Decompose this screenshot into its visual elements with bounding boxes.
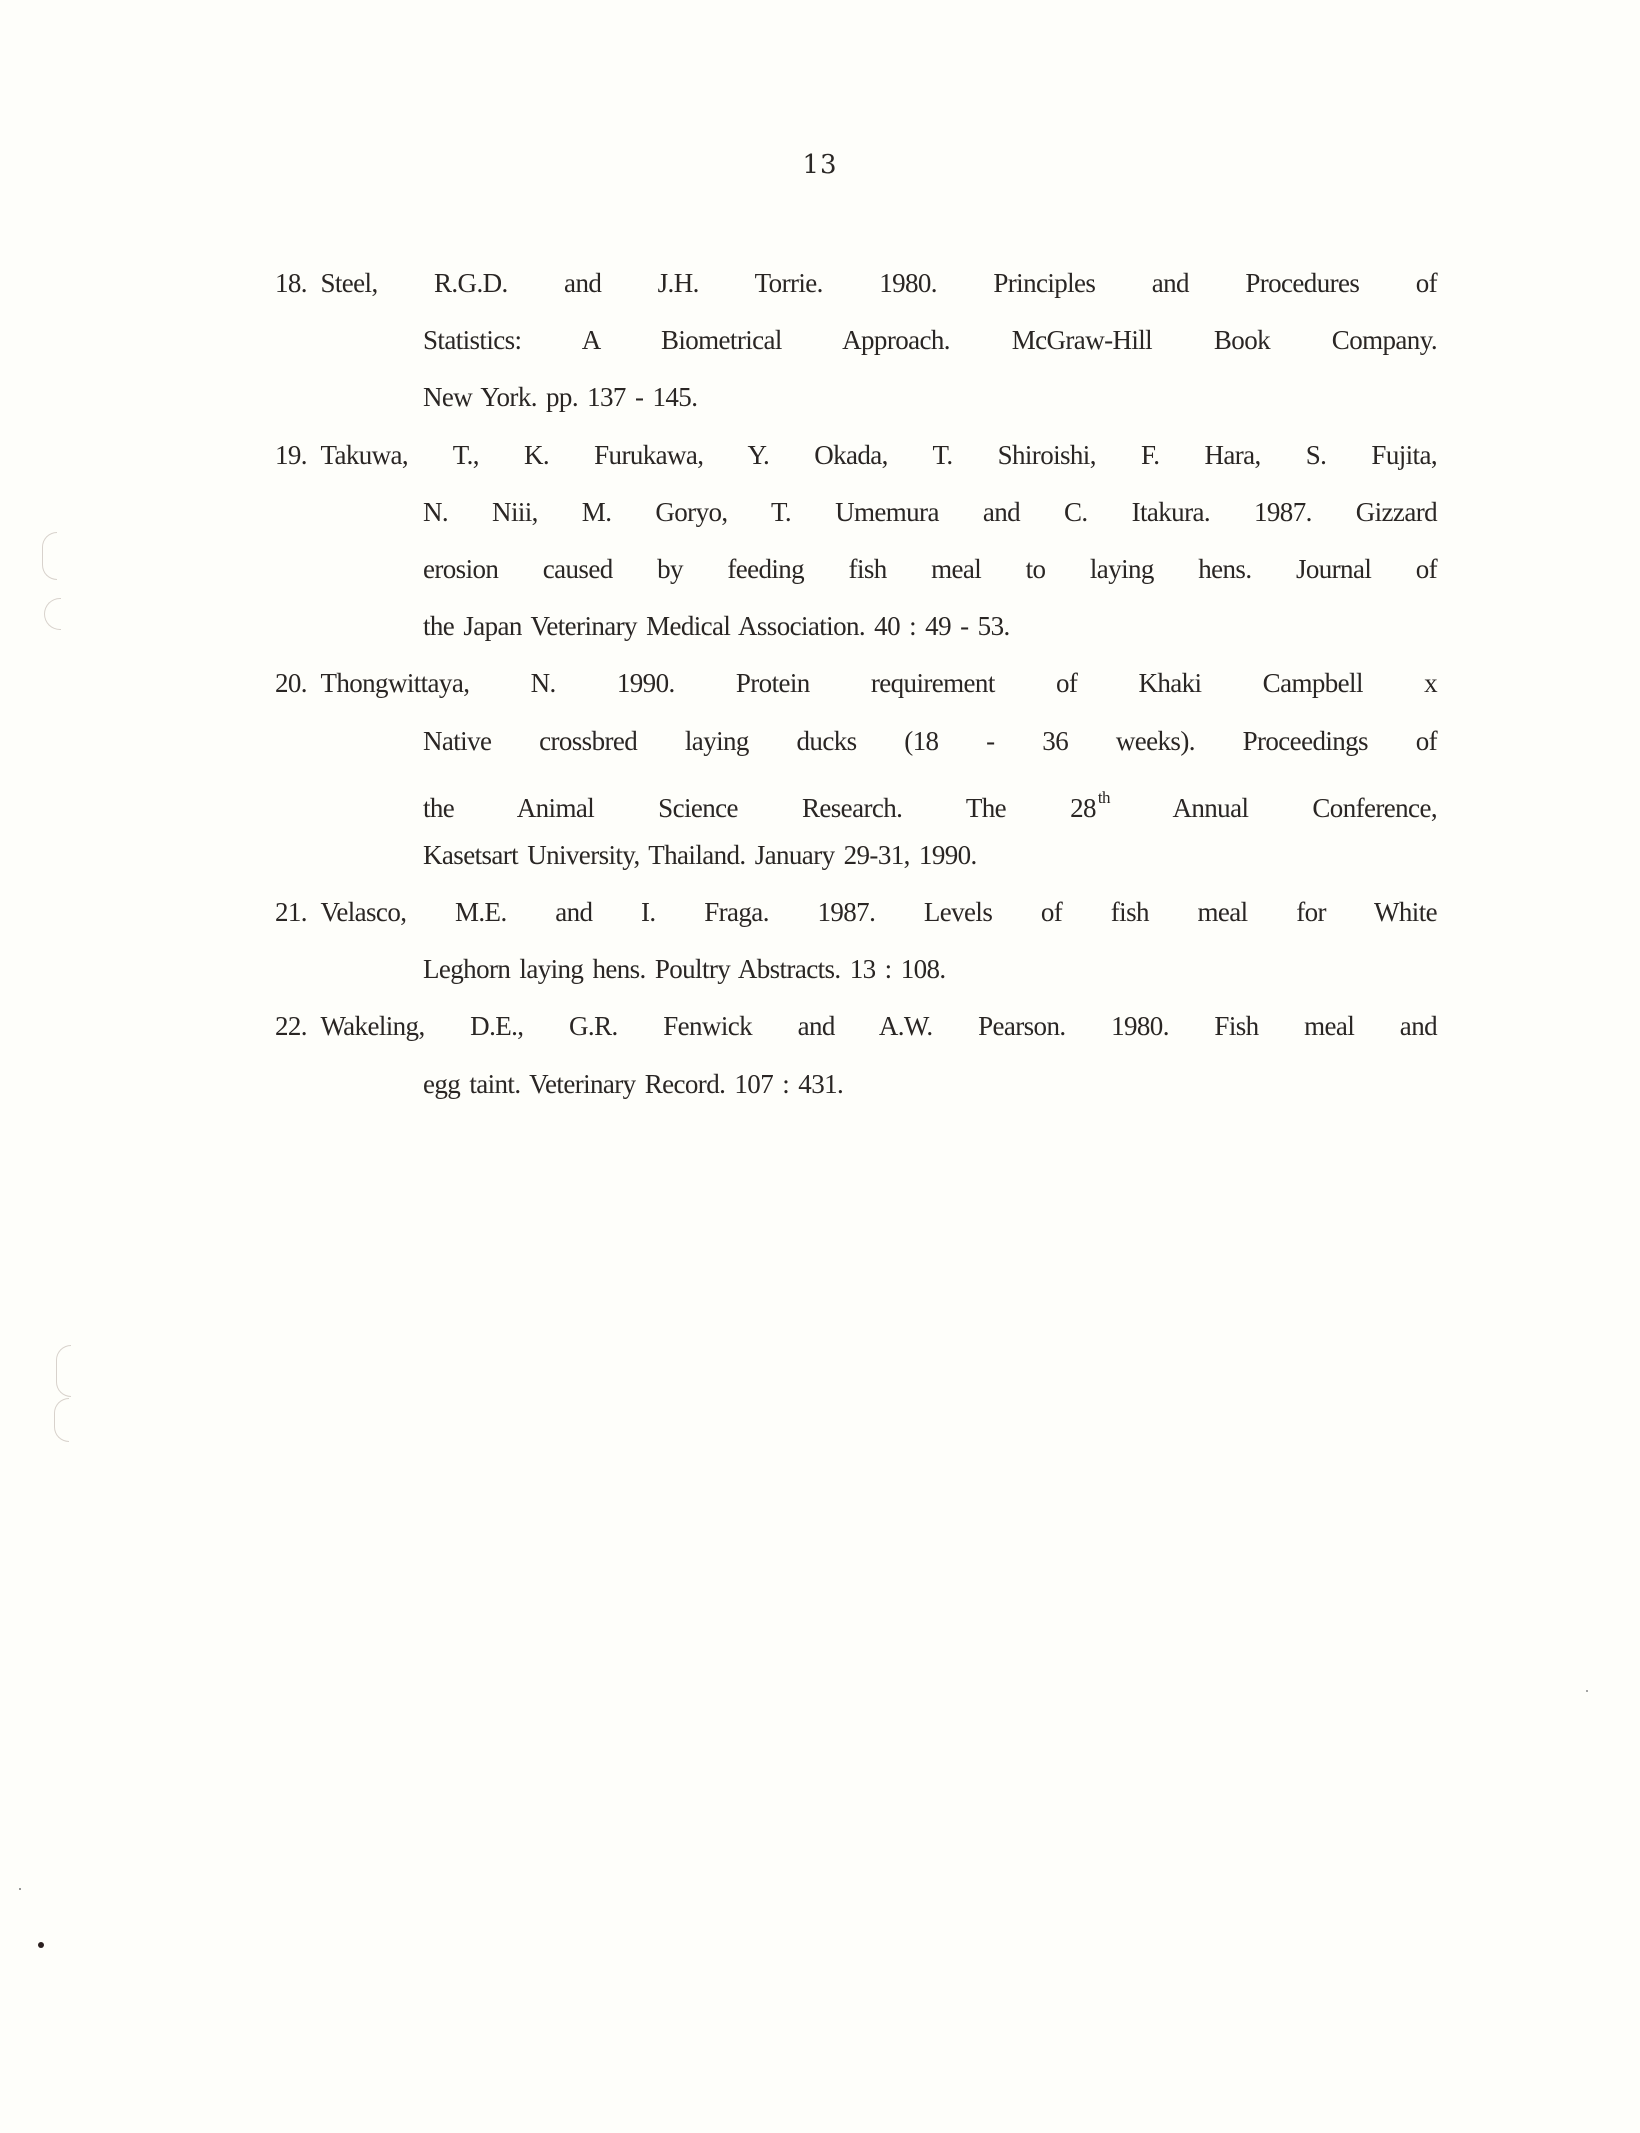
reference-line: 19.Takuwa, T., K. Furukawa, Y. Okada, T.… xyxy=(275,436,1437,493)
reference-text: Steel, R.G.D. and J.H. Torrie. 1980. Pri… xyxy=(320,268,1437,298)
reference-line: 22.Wakeling, D.E., G.R. Fenwick and A.W.… xyxy=(275,1007,1437,1064)
reference-number: 21. xyxy=(275,897,307,927)
reference-line: 21.Velasco, M.E. and I. Fraga. 1987. Lev… xyxy=(275,893,1437,950)
reference-line: Native crossbred laying ducks (18 - 36 w… xyxy=(423,722,1437,779)
reference-line: the Japan Veterinary Medical Association… xyxy=(423,607,1437,664)
reference-text: Velasco, M.E. and I. Fraga. 1987. Levels… xyxy=(320,897,1437,927)
reference-line: N. Niii, M. Goryo, T. Umemura and C. Ita… xyxy=(423,493,1437,550)
reference-text: the Animal Science Research. The 28 xyxy=(423,793,1096,823)
reference-line: the Animal Science Research. The 28th An… xyxy=(423,779,1437,836)
reference-item: 19.Takuwa, T., K. Furukawa, Y. Okada, T.… xyxy=(275,436,1437,665)
reference-number: 19. xyxy=(275,440,307,470)
scan-artifact-mark xyxy=(56,1345,71,1397)
reference-line: Statistics: A Biometrical Approach. McGr… xyxy=(423,321,1437,378)
scan-speck xyxy=(1586,1690,1588,1692)
scan-speck xyxy=(38,1942,44,1948)
reference-text: Annual Conference, xyxy=(1172,793,1437,823)
scan-artifact-mark xyxy=(42,532,57,580)
reference-number: 20. xyxy=(275,668,307,698)
reference-line: New York. pp. 137 - 145. xyxy=(423,378,1437,435)
scan-artifact-mark xyxy=(44,598,61,630)
reference-number: 22. xyxy=(275,1011,307,1041)
reference-list: 18.Steel, R.G.D. and J.H. Torrie. 1980. … xyxy=(275,264,1437,1122)
reference-line: 20.Thongwittaya, N. 1990. Protein requir… xyxy=(275,664,1437,721)
reference-line: Leghorn laying hens. Poultry Abstracts. … xyxy=(423,950,1437,1007)
reference-line: erosion caused by feeding fish meal to l… xyxy=(423,550,1437,607)
ordinal-superscript: th xyxy=(1098,788,1110,807)
reference-item: 22.Wakeling, D.E., G.R. Fenwick and A.W.… xyxy=(275,1007,1437,1121)
reference-line: egg taint. Veterinary Record. 107 : 431. xyxy=(423,1065,1437,1122)
reference-line: Kasetsart University, Thailand. January … xyxy=(423,836,1437,893)
reference-item: 20.Thongwittaya, N. 1990. Protein requir… xyxy=(275,664,1437,893)
reference-line: 18.Steel, R.G.D. and J.H. Torrie. 1980. … xyxy=(275,264,1437,321)
reference-item: 18.Steel, R.G.D. and J.H. Torrie. 1980. … xyxy=(275,264,1437,436)
reference-text: Takuwa, T., K. Furukawa, Y. Okada, T. Sh… xyxy=(320,440,1437,470)
reference-text: Thongwittaya, N. 1990. Protein requireme… xyxy=(320,668,1437,698)
reference-text: Wakeling, D.E., G.R. Fenwick and A.W. Pe… xyxy=(320,1011,1437,1041)
reference-number: 18. xyxy=(275,268,307,298)
scan-artifact-mark xyxy=(54,1398,69,1442)
scan-speck xyxy=(19,1888,21,1890)
page-number: 13 xyxy=(0,150,1640,180)
reference-item: 21.Velasco, M.E. and I. Fraga. 1987. Lev… xyxy=(275,893,1437,1007)
